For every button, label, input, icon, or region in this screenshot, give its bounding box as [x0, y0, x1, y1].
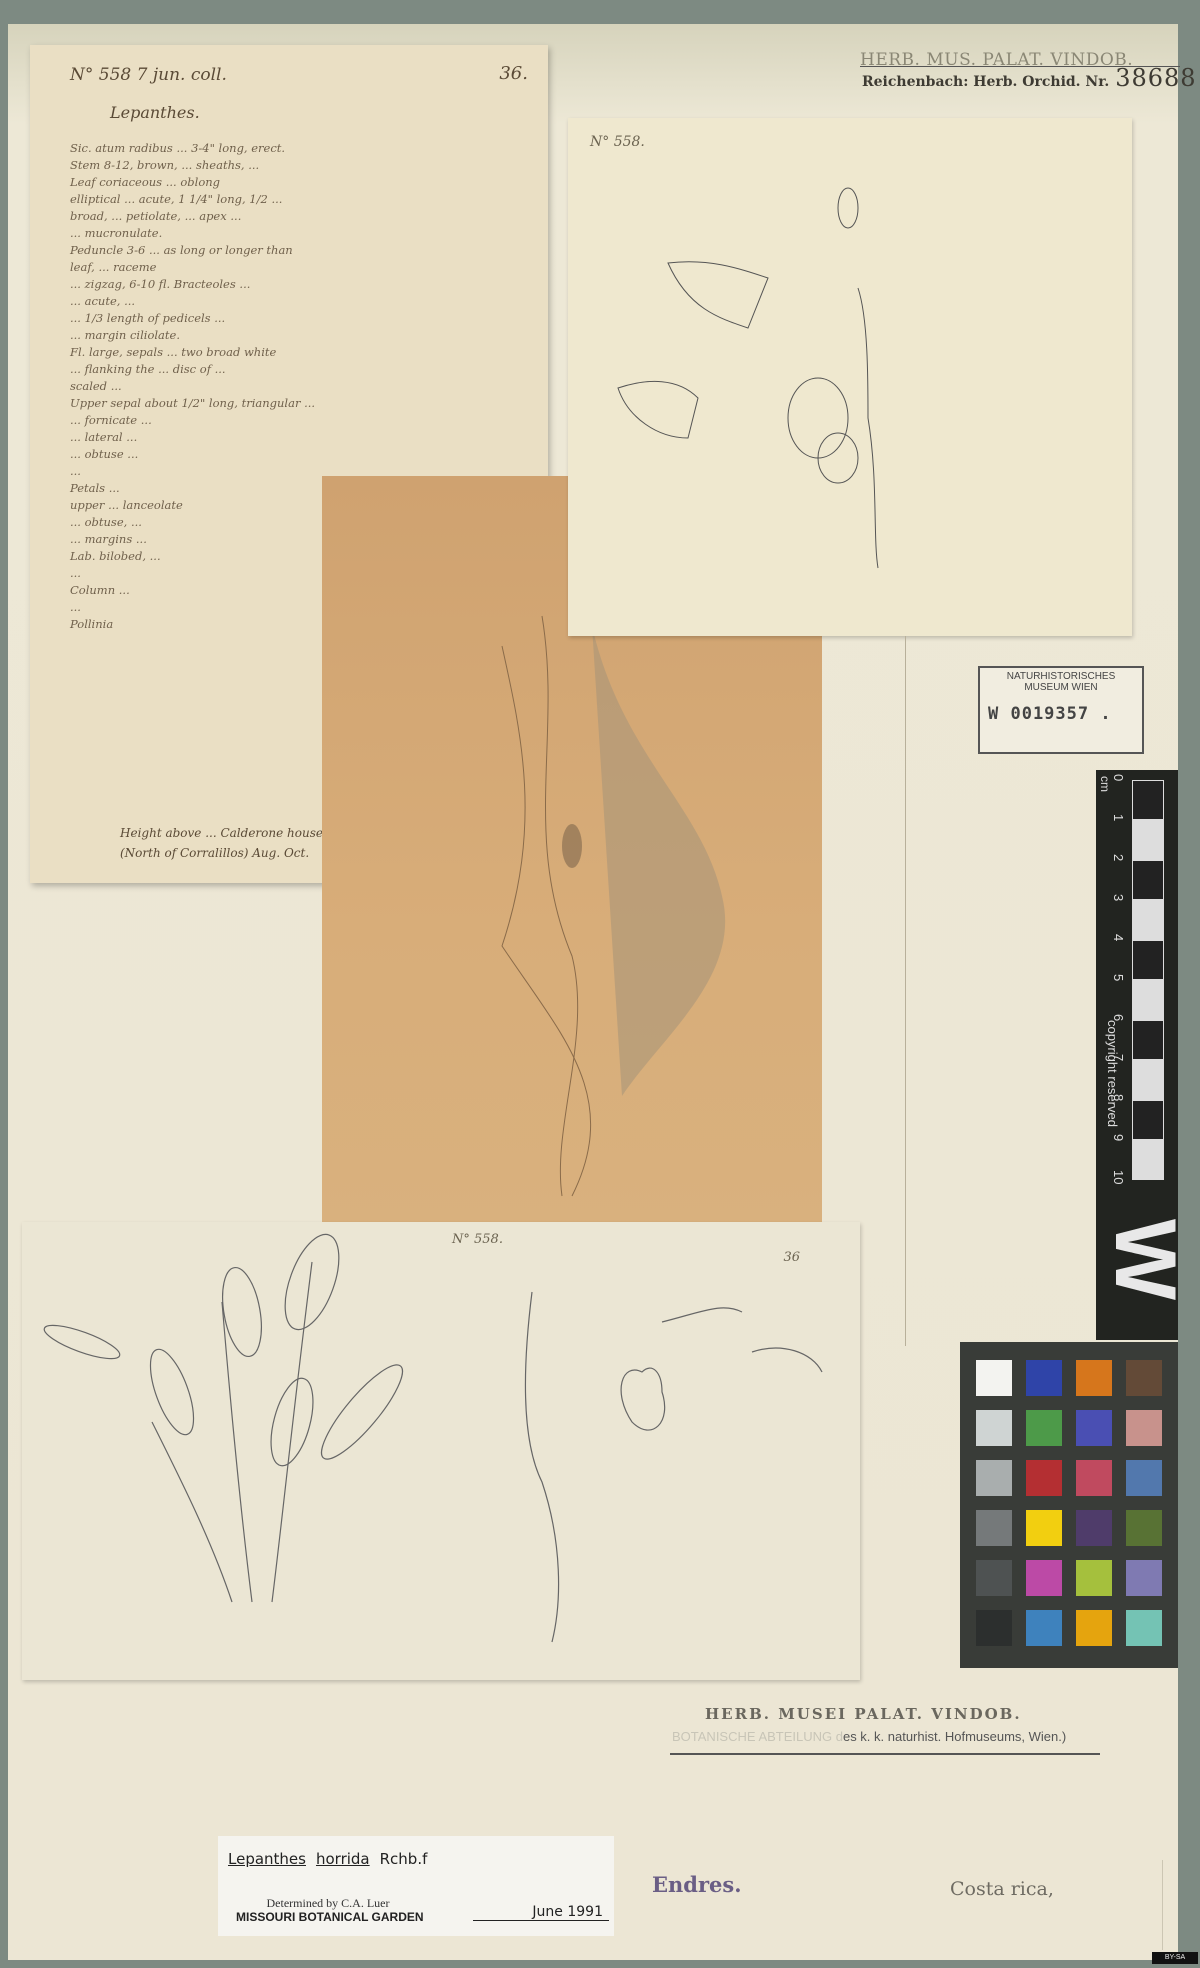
- species-name: horrida: [316, 1850, 370, 1868]
- color-swatch: [1076, 1460, 1112, 1496]
- color-swatch: [976, 1610, 1012, 1646]
- color-swatch: [1126, 1360, 1162, 1396]
- color-calibration-chart: [960, 1342, 1178, 1668]
- divider: [670, 1753, 1100, 1755]
- color-swatch: [976, 1410, 1012, 1446]
- color-swatch: [1126, 1510, 1162, 1546]
- ruler-tick: 5: [1111, 974, 1126, 994]
- ruler-tick: 3: [1111, 894, 1126, 914]
- taxon-name: LepantheshorridaRchb.f: [228, 1850, 427, 1868]
- color-swatch: [1026, 1610, 1062, 1646]
- color-swatch: [1026, 1460, 1062, 1496]
- ruler-tick: 4: [1111, 934, 1126, 954]
- author-name: Rchb.f: [380, 1850, 428, 1868]
- determiner: Determined by C.A. Luer: [238, 1896, 418, 1911]
- note-page-number: 36.: [499, 63, 528, 84]
- dissection-sketch-top: N° 558.: [568, 118, 1132, 636]
- collection-label: Reichenbach: Herb. Orchid. Nr.: [862, 74, 1109, 90]
- license-badge[interactable]: BY-SA: [1152, 1952, 1198, 1964]
- color-swatch: [1026, 1410, 1062, 1446]
- color-swatch: [976, 1560, 1012, 1596]
- museum-label-subtitle: BOTANISCHE ABTEILUNG des k. k. naturhist…: [672, 1729, 1066, 1744]
- locality-stamp: Costa rica,: [950, 1878, 1054, 1900]
- color-swatch: [1026, 1360, 1062, 1396]
- copyright-notice: copyright reserved: [1105, 1020, 1120, 1127]
- note-heading: N° 558 7 jun. coll.: [70, 65, 227, 85]
- determination-label: LepantheshorridaRchb.f Determined by C.A…: [218, 1836, 614, 1936]
- ruler-tick: 9: [1111, 1134, 1126, 1154]
- ruler-scale-bar: [1132, 780, 1164, 1180]
- color-swatch: [1076, 1410, 1112, 1446]
- flower-parts-illustration: [568, 118, 1132, 636]
- museum-logo: W: [1095, 1219, 1194, 1300]
- color-swatch: [1076, 1360, 1112, 1396]
- museum-label-title: HERB. MUSEI PALAT. VINDOB.: [705, 1705, 1022, 1723]
- catalog-stamp: NATURHISTORISCHES MUSEUM WIEN W 0019357 …: [978, 666, 1144, 754]
- ruler-tick: 10: [1111, 1170, 1126, 1190]
- color-swatch: [976, 1510, 1012, 1546]
- stamp-institution-line1: NATURHISTORISCHES: [980, 671, 1142, 682]
- color-swatch: [1126, 1460, 1162, 1496]
- color-swatch: [1126, 1560, 1162, 1596]
- color-swatch: [976, 1360, 1012, 1396]
- ruler-tick: 2: [1111, 854, 1126, 874]
- genus-name: Lepanthes: [228, 1850, 306, 1868]
- reichenbach-number-label: Reichenbach: Herb. Orchid. Nr.38688: [862, 64, 1197, 92]
- sheet-fold-line: [905, 636, 906, 1346]
- color-swatch: [976, 1460, 1012, 1496]
- color-swatch: [1126, 1410, 1162, 1446]
- color-swatch: [1076, 1510, 1112, 1546]
- ruler-tick: 0: [1111, 774, 1126, 794]
- plant-habit-sketch: N° 558. 36: [22, 1222, 860, 1680]
- herbarium-number: 38688: [1115, 64, 1196, 92]
- catalog-id: W 0019357 .: [988, 704, 1112, 724]
- color-swatch: [1026, 1510, 1062, 1546]
- ruler-tick: 1: [1111, 814, 1126, 834]
- orchid-plant-illustration: [22, 1222, 860, 1680]
- color-swatch: [1026, 1560, 1062, 1596]
- scale-ruler: cm 0 1 2 3 4 5 6 7 8 9 10 copyright rese…: [1096, 770, 1178, 1340]
- determination-date: June 1991: [473, 1904, 609, 1921]
- color-swatch: [1126, 1610, 1162, 1646]
- collector-stamp: Endres.: [652, 1872, 742, 1897]
- note-genus: Lepanthes.: [110, 103, 200, 122]
- determiner-institution: MISSOURI BOTANICAL GARDEN: [236, 1910, 424, 1924]
- stamp-institution-line2: MUSEUM WIEN: [980, 682, 1142, 693]
- color-swatch: [1076, 1560, 1112, 1596]
- color-swatch: [1076, 1610, 1112, 1646]
- ruler-unit: cm: [1098, 776, 1112, 792]
